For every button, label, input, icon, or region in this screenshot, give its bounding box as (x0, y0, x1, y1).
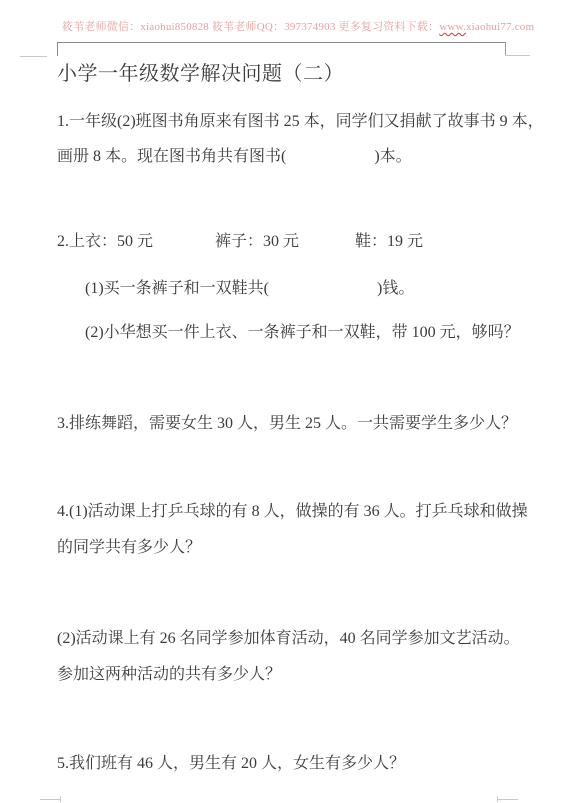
problem-1-line-1: 1.一年级(2)班图书角原来有图书 25 本，同学们又捐献了故事书 9 本， (57, 112, 544, 132)
text-boundary-tick-bottom-right (497, 796, 498, 802)
text-boundary-mark-bottom-left (40, 799, 61, 800)
worksheet-title: 小学一年级数学解决问题（二） (57, 57, 344, 86)
problem-2-price-pants: 裤子：30 元 (215, 233, 299, 250)
problem-5: 5.我们班有 46 人，男生有 20 人，女生有多少人？ (57, 754, 405, 774)
problem-2-price-shoes: 鞋：19 元 (355, 233, 423, 250)
text-boundary-mark-top-left (20, 56, 47, 57)
problem-4-sub-1-line-2: 的同学共有多少人？ (57, 538, 201, 558)
problem-2-sub-1: (1)买一条裤子和一双鞋共( )钱。 (85, 279, 414, 299)
problem-3: 3.排练舞蹈，需要女生 30 人，男生 25 人。一共需要学生多少人？ (57, 414, 517, 434)
document-page: 筱苇老师微信：xiaohui850828 筱苇老师QQ：397374903 更多… (0, 0, 569, 803)
problem-1-line-2: 画册 8 本。现在图书角共有图书( )本。 (57, 147, 412, 167)
page-header: 筱苇老师微信：xiaohui850828 筱苇老师QQ：397374903 更多… (62, 20, 534, 34)
text-boundary-mark-top-right (505, 55, 530, 56)
text-boundary-tick-bottom-left (60, 796, 61, 802)
header-website-www: www. (439, 21, 466, 33)
problem-2-price-row: 2.上衣：50 元裤子：30 元鞋：19 元 (57, 232, 423, 252)
problem-2-sub-2: (2)小华想买一件上衣、一条裤子和一双鞋，带 100 元，够吗？ (85, 323, 520, 343)
header-website-rest: xiaohui77.com (466, 21, 534, 33)
header-contact-text: 筱苇老师微信：xiaohui850828 筱苇老师QQ：397374903 更多… (62, 21, 439, 33)
problem-4-sub-2-line-1: (2)活动课上有 26 名同学参加体育活动，40 名同学参加文艺活动。 (57, 629, 520, 649)
problem-2-price-top: 2.上衣：50 元 (57, 233, 153, 250)
problem-4-sub-1-line-1: 4.(1)活动课上打乒乓球的有 8 人，做操的有 36 人。打乒乓球和做操 (57, 502, 528, 522)
header-boundary-line (57, 42, 506, 56)
text-boundary-mark-bottom-right (497, 799, 518, 800)
problem-4-sub-2-line-2: 参加这两种活动的共有多少人？ (57, 665, 281, 685)
